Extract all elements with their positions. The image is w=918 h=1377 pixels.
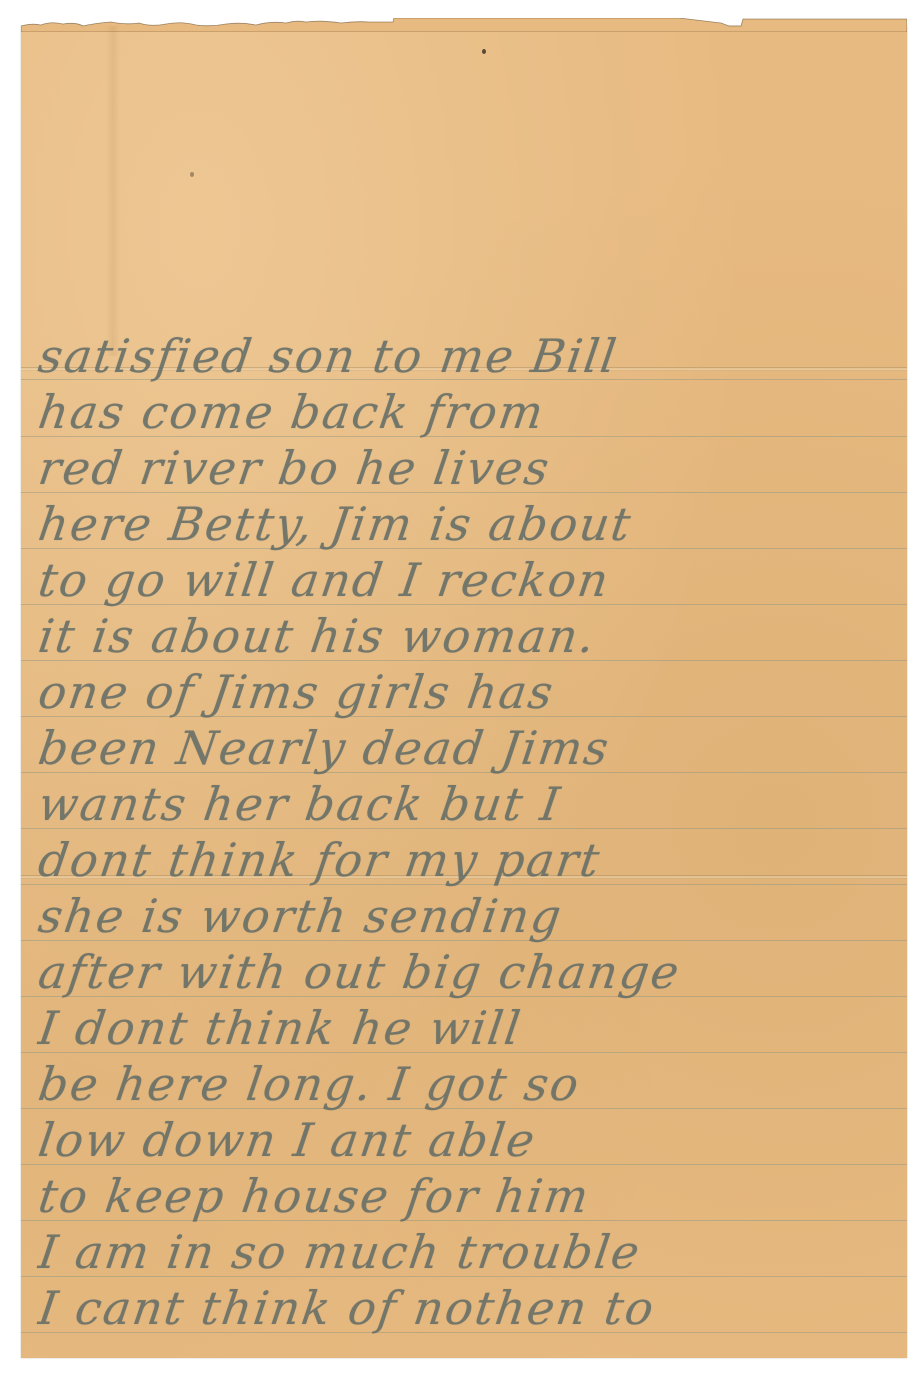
- text-line: satisfied son to me Bill: [35, 328, 903, 384]
- text-line: to keep house for him: [35, 1168, 903, 1224]
- text-line: one of Jims girls has: [35, 664, 903, 720]
- text-line: been Nearly dead Jims: [35, 720, 903, 776]
- text-line: dont think for my part: [35, 832, 903, 888]
- text-line: after with out big change: [35, 944, 903, 1000]
- text-line: wants her back but I: [35, 776, 903, 832]
- text-line: she is worth sending: [35, 888, 903, 944]
- text-line: it is about his woman.: [35, 608, 903, 664]
- text-line: I dont think he will: [35, 1000, 903, 1056]
- text-line: has come back from: [35, 384, 903, 440]
- text-line: red river bo he lives: [35, 440, 903, 496]
- text-line: here Betty, Jim is about: [35, 496, 903, 552]
- text-line: to go will and I reckon: [35, 552, 903, 608]
- letter-page: satisfied son to me Bill has come back f…: [21, 26, 907, 1358]
- text-line: low down I ant able: [35, 1112, 903, 1168]
- handwritten-text: satisfied son to me Bill has come back f…: [21, 26, 907, 1358]
- text-line: be here long. I got so: [35, 1056, 903, 1112]
- text-line: I am in so much trouble: [35, 1224, 903, 1280]
- text-line: I cant think of nothen to: [35, 1280, 903, 1336]
